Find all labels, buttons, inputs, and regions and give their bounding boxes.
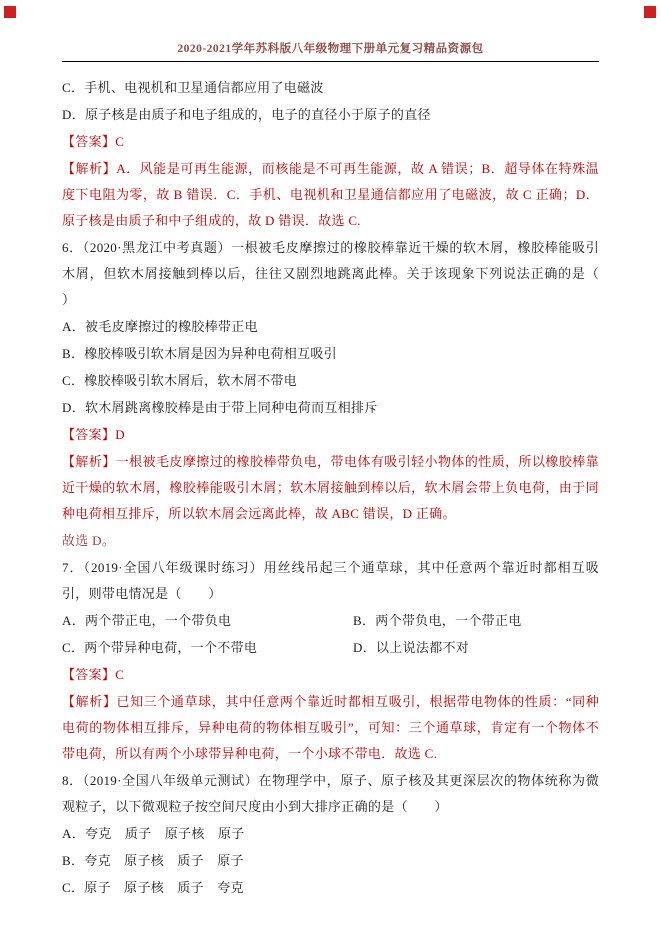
page-header-title: 2020-2021学年苏科版八年级物理下册单元复习精品资源包	[0, 0, 661, 56]
document-header: 2020-2021学年苏科版八年级物理下册单元复习精品资源包	[0, 0, 661, 62]
corner-marker-left-icon	[4, 6, 16, 18]
option-text: B．橡胶棒吸引软木屑是因为异种电荷相互吸引	[62, 341, 599, 367]
option-text: C．原子 原子核 质子 夸克	[62, 875, 599, 901]
corner-marker-right-icon	[644, 6, 656, 18]
answer-text: 【答案】D	[62, 422, 599, 448]
option-text: A．夸克 质子 原子核 原子	[62, 821, 599, 847]
answer-text: 【答案】C	[62, 662, 599, 688]
option-row: C．两个带异种电荷，一个不带电D．以上说法都不对	[62, 635, 599, 661]
option-row: A．两个带正电，一个带负电B．两个带负电，一个带正电	[62, 608, 599, 634]
analysis-text: 【解析】A．风能是可再生能源，而核能是不可再生能源，故 A 错误；B．超导体在特…	[62, 156, 599, 234]
answer-text: 【答案】C	[62, 129, 599, 155]
option-text: C．橡胶棒吸引软木屑后，软木屑不带电	[62, 368, 599, 394]
question-text: 8．（2019·全国八年级单元测试）在物理学中，原子、原子核及其更深层次的物体统…	[62, 768, 599, 820]
option-text: C．手机、电视机和卫星通信都应用了电磁波	[62, 75, 599, 101]
option-text: D．原子核是由质子和电子组成的，电子的直径小于原子的直径	[62, 102, 599, 128]
analysis-text: 【解析】已知三个通草球，其中任意两个靠近时都相互吸引，根据带电物体的性质：“同种…	[62, 689, 599, 767]
analysis-text: 【解析】一根被毛皮摩擦过的橡胶棒带负电，带电体有吸引轻小物体的性质，所以橡胶棒靠…	[62, 449, 599, 527]
question-text: 6．（2020·黑龙江中考真题）一根被毛皮摩擦过的橡胶棒靠近干燥的软木屑，橡胶棒…	[62, 235, 599, 313]
option-text: D．软木屑跳离橡胶棒是由于带上同种电荷而互相排斥	[62, 395, 599, 421]
option-text: B．夸克 原子核 质子 原子	[62, 848, 599, 874]
question-text: 7．（2019·全国八年级课时练习）用丝线吊起三个通草球，其中任意两个靠近时都相…	[62, 555, 599, 607]
document-page: 2020-2021学年苏科版八年级物理下册单元复习精品资源包 C．手机、电视机和…	[0, 0, 661, 935]
option-text: A．两个带正电，一个带负电	[62, 608, 353, 634]
option-text: D．以上说法都不对	[353, 635, 599, 661]
option-text: C．两个带异种电荷，一个不带电	[62, 635, 353, 661]
document-body: C．手机、电视机和卫星通信都应用了电磁波D．原子核是由质子和电子组成的，电子的直…	[0, 62, 661, 901]
option-text: A．被毛皮摩擦过的橡胶棒带正电	[62, 314, 599, 340]
option-text: B．两个带负电，一个带正电	[353, 608, 599, 634]
analysis-conclusion-text: 故选 D。	[62, 528, 599, 554]
